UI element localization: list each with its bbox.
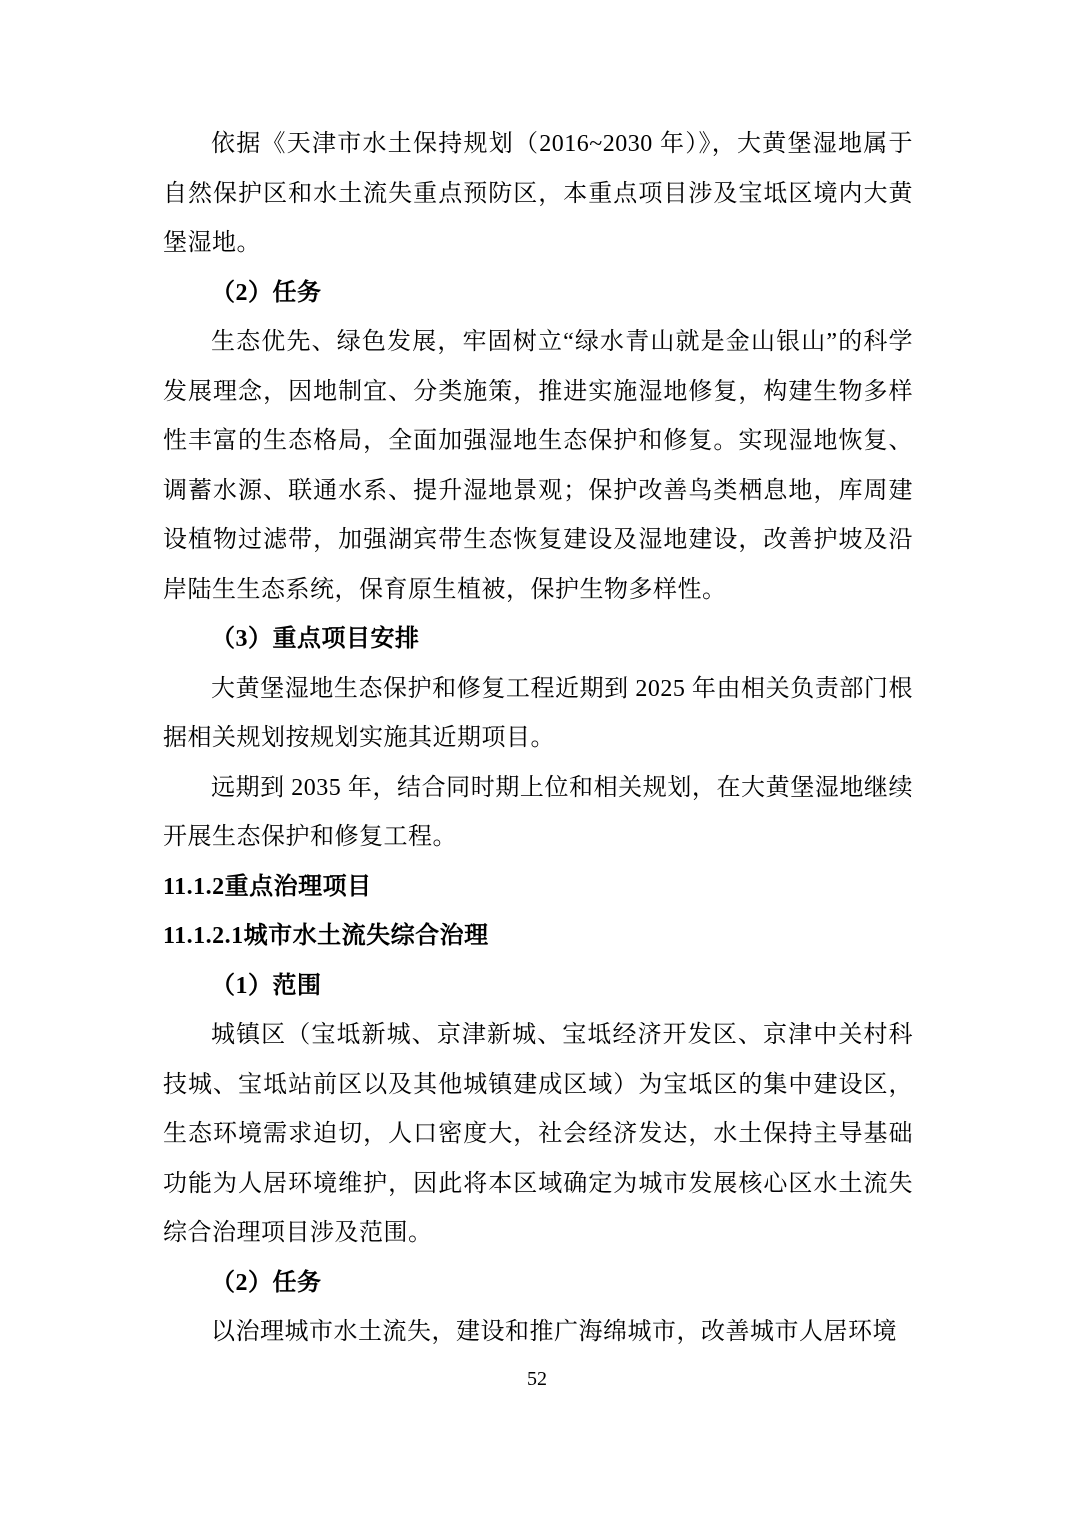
- inline-heading-scope: （1）范围: [163, 962, 913, 1012]
- body-paragraph: 城镇区（宝坻新城、京津新城、宝坻经济开发区、京津中关村科技城、宝坻站前区以及其他…: [163, 1011, 913, 1259]
- inline-heading-key-project-arrangement: （3）重点项目安排: [163, 615, 913, 665]
- section-heading-11-1-2-1: 11.1.2.1城市水土流失综合治理: [163, 912, 913, 962]
- body-paragraph: 以治理城市水土流失，建设和推广海绵城市，改善城市人居环境: [163, 1308, 913, 1358]
- inline-heading-task-2: （2）任务: [163, 1259, 913, 1309]
- document-page: 依据《天津市水土保持规划（2016~2030 年）》，大黄堡湿地属于自然保护区和…: [0, 0, 1074, 1520]
- section-heading-11-1-2: 11.1.2重点治理项目: [163, 863, 913, 913]
- page-number: 52: [0, 1366, 1074, 1392]
- body-paragraph: 生态优先、绿色发展，牢固树立“绿水青山就是金山银山”的科学发展理念，因地制宜、分…: [163, 318, 913, 615]
- body-paragraph: 远期到 2035 年，结合同时期上位和相关规划，在大黄堡湿地继续开展生态保护和修…: [163, 764, 913, 863]
- document-body: 依据《天津市水土保持规划（2016~2030 年）》，大黄堡湿地属于自然保护区和…: [163, 120, 913, 1358]
- body-paragraph: 大黄堡湿地生态保护和修复工程近期到 2025 年由相关负责部门根据相关规划按规划…: [163, 665, 913, 764]
- inline-heading-task: （2）任务: [163, 269, 913, 319]
- body-paragraph: 依据《天津市水土保持规划（2016~2030 年）》，大黄堡湿地属于自然保护区和…: [163, 120, 913, 269]
